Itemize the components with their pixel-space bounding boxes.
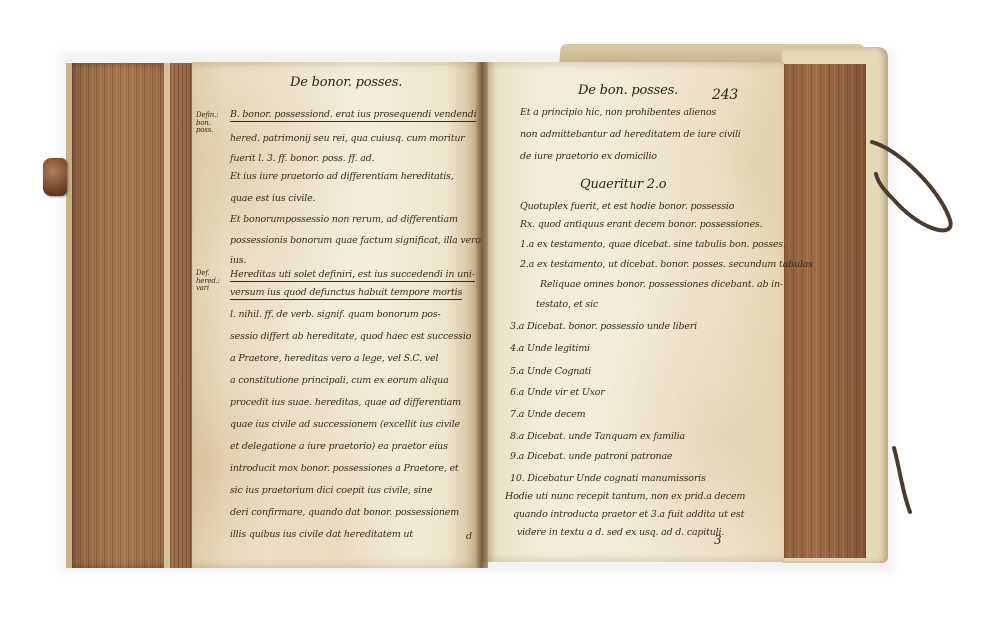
right-fore-edge (784, 64, 866, 558)
text-line: introducit mox bonor. possessiones a Pra… (230, 464, 459, 474)
text-line: quae est ius civile. (230, 194, 315, 204)
text-line: l. nihil. ff. de verb. signif. quam bono… (230, 310, 440, 320)
text-line: deri confirmare, quando dat bonor. posse… (230, 508, 459, 518)
text-line: quando introducta praetor et 3.a fuit ad… (513, 510, 744, 520)
text-line: non admittebantur ad hereditatem de iure… (520, 130, 741, 140)
text-line: ius. (230, 256, 246, 266)
text-line: B. bonor. possessiond. erat ius proseque… (230, 110, 476, 122)
tie-cord-icon (860, 130, 980, 530)
text-line: Hodie uti nunc recepit tantum, non ex pr… (505, 492, 745, 502)
text-line: quae ius civile ad successionem (excelli… (230, 420, 460, 430)
text-line: videre in textu a d. sed ex usq. ad d. c… (517, 528, 724, 538)
gutter (476, 62, 488, 568)
margin-note: Def. hered.: vari (196, 270, 226, 293)
text-line: de iure praetorio ex domicilio (520, 152, 657, 162)
text-line: Et ius iure praetorio ad differentiam he… (230, 172, 454, 182)
left-edge-inner (170, 63, 194, 568)
text-line: 1.a ex testamento, quae dicebat. sine ta… (520, 240, 786, 250)
text-line: testato, et sic (536, 300, 598, 310)
list-item: 5.a Unde Cognati (510, 367, 591, 377)
text-line: et delegatione a iure praetorio) ea prae… (230, 442, 448, 452)
page-number: 243 (712, 88, 738, 102)
question-heading: Quaeritur 2.o (580, 178, 666, 191)
list-item: 7.a Unde decem (510, 410, 585, 420)
list-item: 4.a Unde legitimi (510, 344, 590, 354)
text-line: Quotuplex fuerit, et est hodie bonor. po… (520, 202, 734, 212)
margin-note: Defin.: bon. poss. (196, 112, 222, 135)
text-line: a Praetore, hereditas vero a lege, vel S… (230, 354, 438, 364)
text-line: illis quibus ius civile dat hereditatem … (230, 530, 413, 540)
text-line: 2.a ex testamento, ut dicebat. bonor. po… (520, 260, 813, 270)
text-line: versum ius quod defunctus habuit tempore… (230, 288, 462, 300)
list-item: 3.a Dicebat. bonor. possessio unde liber… (510, 322, 697, 332)
list-item: 10. Dicebatur Unde cognati manumissoris (510, 474, 706, 484)
text-line: Et a principio hic, non prohibentes alie… (520, 108, 716, 118)
text-line: sessio differt ab hereditate, quod haec … (230, 332, 471, 342)
text-line: procedit ius suae. hereditas, quae ad di… (230, 398, 461, 408)
text-line: possessionis bonorum quae factum signifi… (230, 236, 481, 246)
clasp-toggle-icon (43, 158, 67, 196)
catchword: d (466, 532, 472, 542)
list-item: 9.a Dicebat. unde patroni patronae (510, 452, 672, 462)
text-line: Et bonorumpossessio non rerum, ad differ… (230, 215, 458, 225)
text-line: Rx. quod antiquus erant decem bonor. pos… (520, 220, 762, 230)
catchword: 3 (714, 534, 721, 546)
text-line: hered. patrimonij seu rei, qua cuiusq. c… (230, 134, 465, 144)
list-item: 8.a Dicebat. unde Tanquam ex familia (510, 432, 685, 442)
text-line: Reliquae omnes bonor. possessiones diceb… (540, 280, 783, 290)
list-item: 6.a Unde vir et Uxor (510, 388, 605, 398)
text-line: a constitutione principali, cum ex eorum… (230, 376, 449, 386)
text-line: sic ius praetorium dici coepit ius civil… (230, 486, 432, 496)
text-line: Hereditas uti solet definiri, est ius su… (230, 270, 475, 282)
right-page-heading: De bon. posses. (578, 84, 678, 97)
left-page-heading: De bonor. posses. (290, 76, 402, 89)
text-line: fuerit l. 3. ff. bonor. poss. ff. ad. (230, 154, 374, 164)
